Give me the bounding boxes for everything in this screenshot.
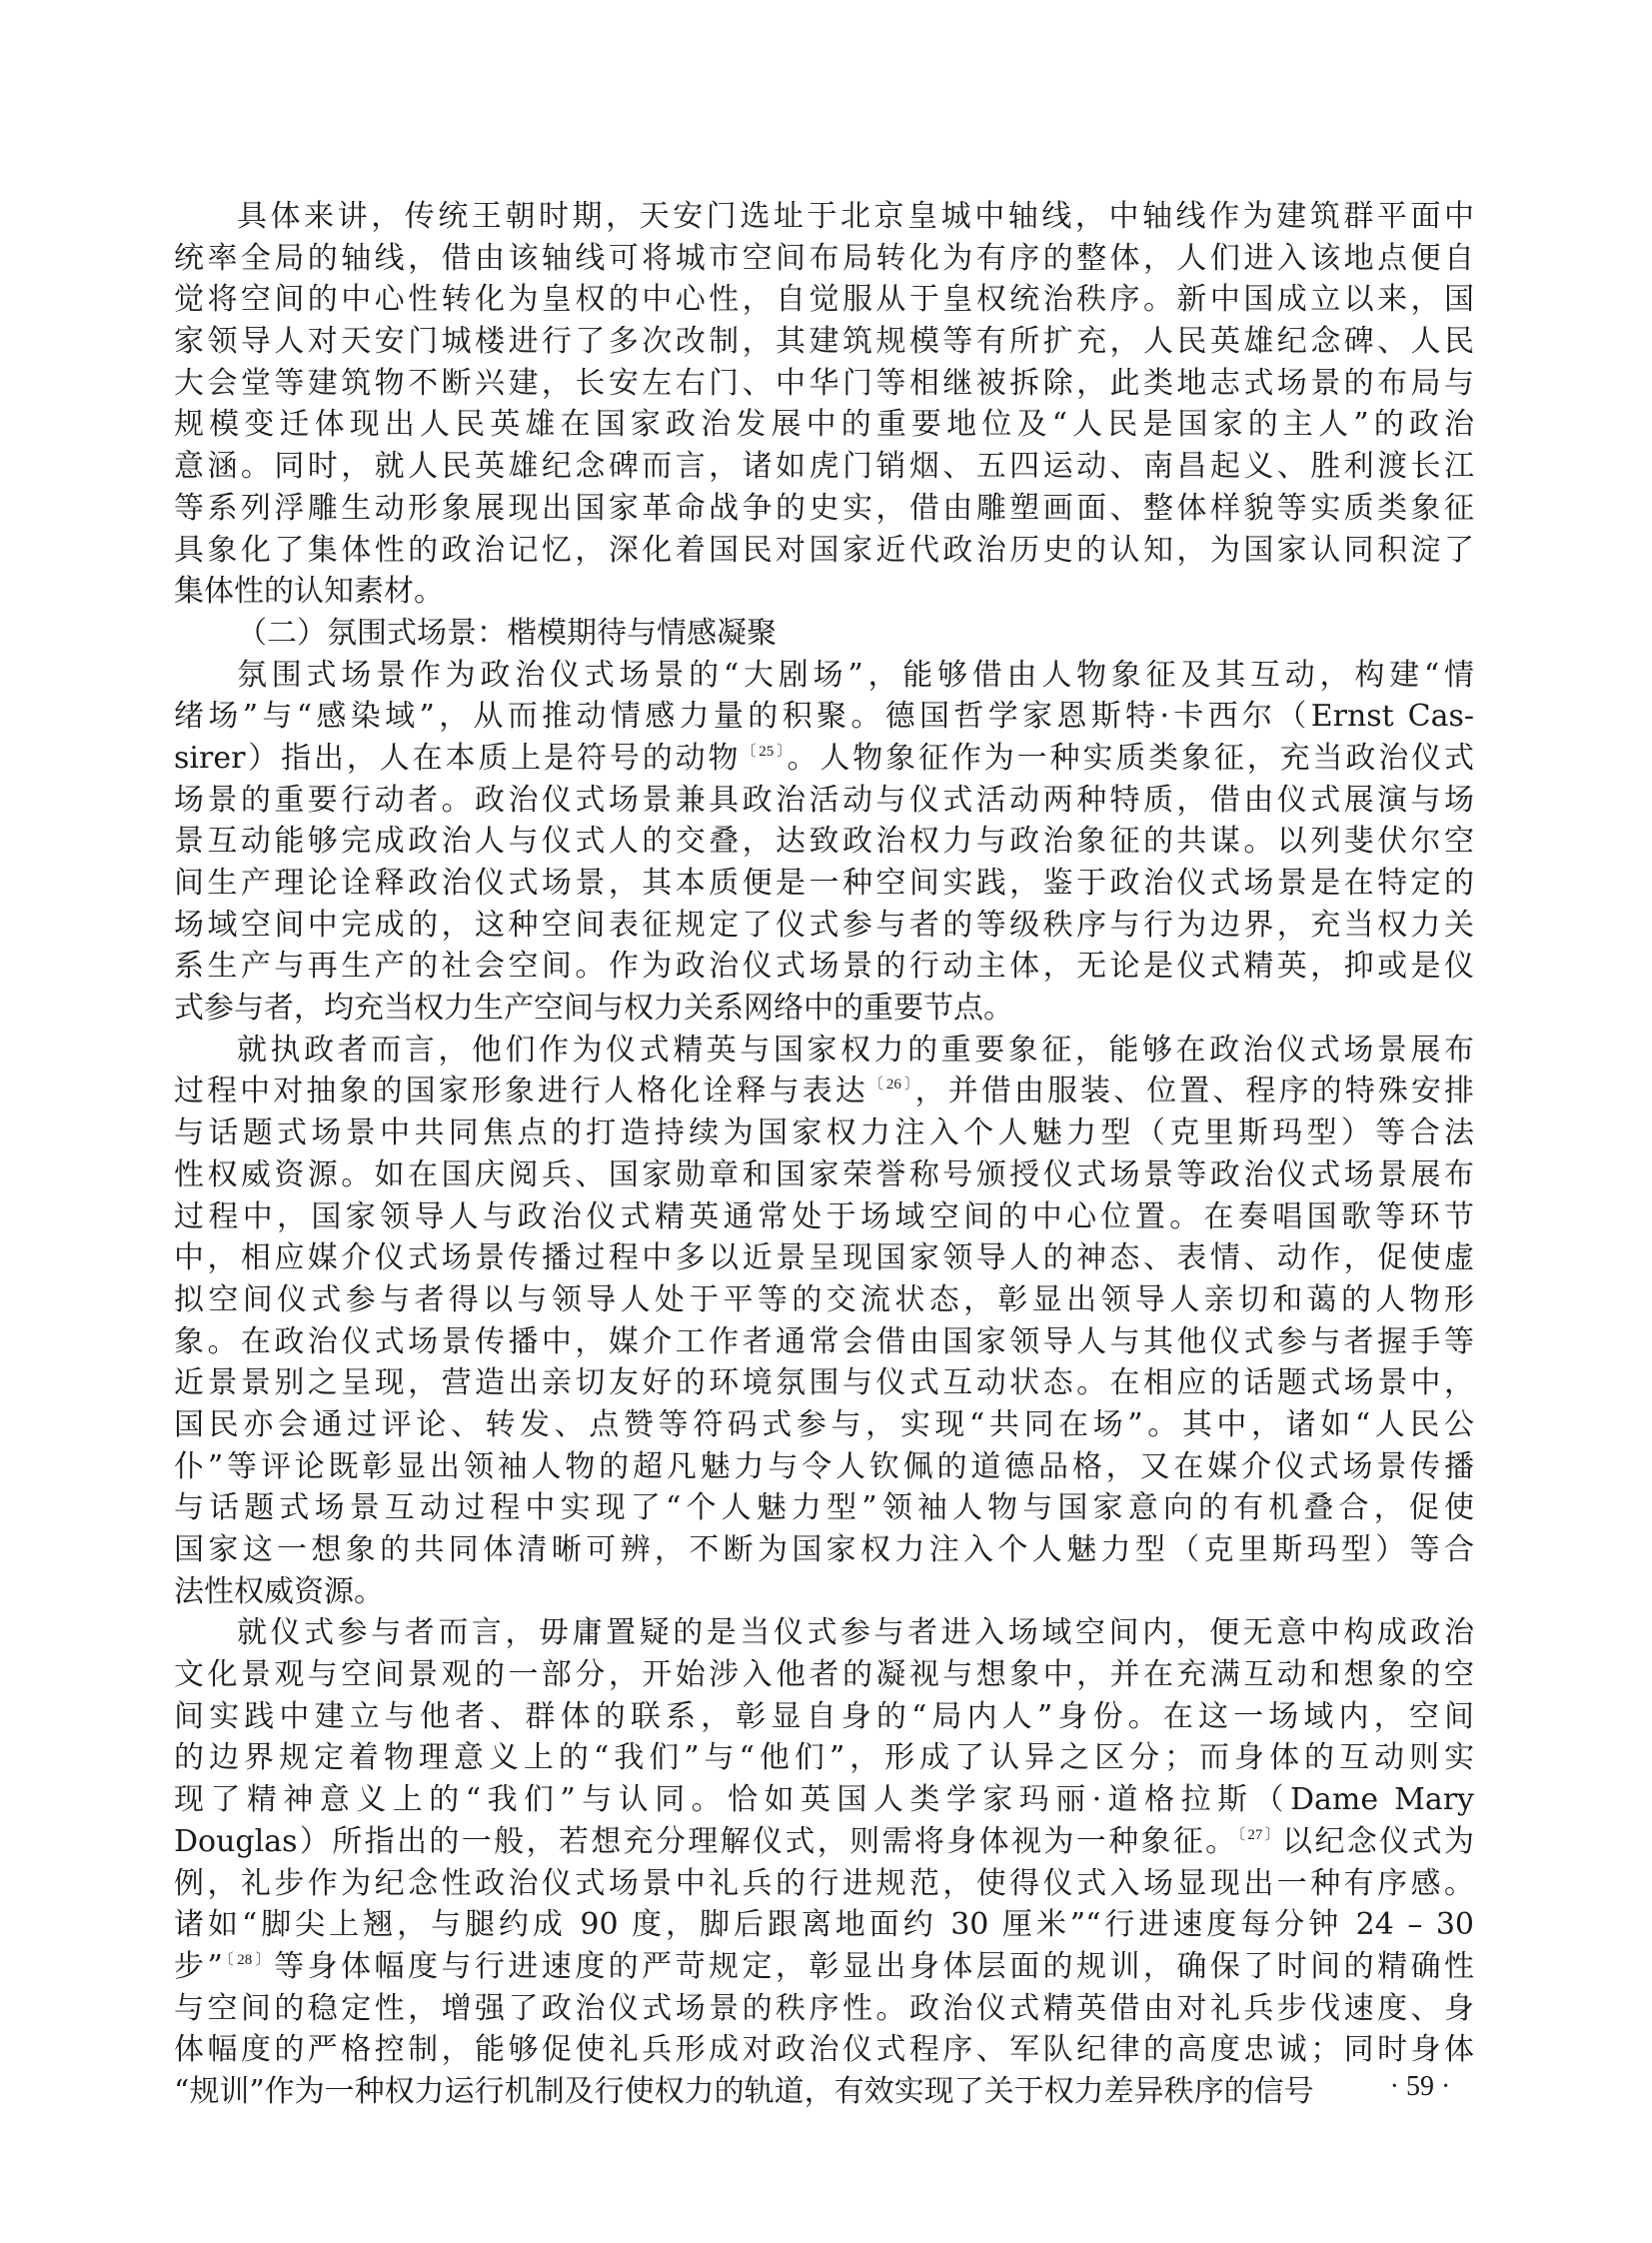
text-line: 意涵。同时，就人民英雄纪念碑而言，诸如虎门销烟、五四运动、南昌起义、胜利渡长江 [174, 446, 1474, 488]
citation-marker: 〔25〕 [741, 744, 787, 760]
text-line: 景互动能够完成政治人与仪式人的交叠，达致政治权力与政治象征的共谋。以列斐伏尔空 [174, 821, 1474, 863]
body-text: 具体来讲，传统王朝时期，天安门选址于北京皇城中轴线，中轴线作为建筑群平面中统率全… [174, 196, 1474, 2113]
text-line: 与空间的稳定性，增强了政治仪式场景的秩序性。政治仪式精英借由对礼兵步伐速度、身 [174, 1988, 1474, 2030]
text-line: 中，相应媒介仪式场景传播过程中多以近景呈现国家领导人的神态、表情、动作，促使虚 [174, 1237, 1474, 1279]
text-line: 就执政者而言，他们作为仪式精英与国家权力的重要象征，能够在政治仪式场景展布 [174, 1030, 1474, 1072]
text-line: 绪场”与“感染域”，从而推动情感力量的积聚。德国哲学家恩斯特·卡西尔（Ernst… [174, 696, 1474, 738]
text-line: 间实践中建立与他者、群体的联系，彰显自身的“局内人”身份。在这一场域内，空间 [174, 1696, 1474, 1738]
text-line: 象。在政治仪式场景传播中，媒介工作者通常会借由国家领导人与其他仪式参与者握手等 [174, 1321, 1474, 1363]
text-line: 体幅度的严格控制，能够促使礼兵形成对政治仪式程序、军队纪律的高度忠诚；同时身体 [174, 2029, 1474, 2071]
document-page: 具体来讲，传统王朝时期，天安门选址于北京皇城中轴线，中轴线作为建筑群平面中统率全… [0, 0, 1652, 2243]
text-line: 过程中，国家领导人与政治仪式精英通常处于场域空间的中心位置。在奏唱国歌等环节 [174, 1196, 1474, 1238]
text-line: Douglas）所指出的一般，若想充分理解仪式，则需将身体视为一种象征。〔27〕… [174, 1821, 1474, 1863]
text-line: 现了精神意义上的“我们”与认同。恰如英国人类学家玛丽·道格拉斯（Dame Mar… [174, 1779, 1474, 1821]
text-line: sirer）指出，人在本质上是符号的动物〔25〕。人物象征作为一种实质类象征，充… [174, 738, 1474, 780]
text-line: 等系列浮雕生动形象展现出国家革命战争的史实，借由雕塑画面、整体样貌等实质类象征 [174, 488, 1474, 530]
paragraph: 氛围式场景作为政治仪式场景的“大剧场”，能够借由人物象征及其互动，构建“情绪场”… [174, 655, 1474, 1030]
text-line: （二）氛围式场景：楷模期待与情感凝聚 [174, 613, 1474, 655]
text-line: 氛围式场景作为政治仪式场景的“大剧场”，能够借由人物象征及其互动，构建“情 [174, 655, 1474, 697]
text-line: 场域空间中完成的，这种空间表征规定了仪式参与者的等级秩序与行为边界，充当权力关 [174, 905, 1474, 947]
text-line: 间生产理论诠释政治仪式场景，其本质便是一种空间实践，鉴于政治仪式场景是在特定的 [174, 863, 1474, 905]
text-line: 式参与者，均充当权力生产空间与权力关系网络中的重要节点。 [174, 988, 1474, 1030]
paragraph: 具体来讲，传统王朝时期，天安门选址于北京皇城中轴线，中轴线作为建筑群平面中统率全… [174, 196, 1474, 613]
text-line: 与话题式场景中共同焦点的打造持续为国家权力注入个人魅力型（克里斯玛型）等合法 [174, 1113, 1474, 1154]
text-line: 具体来讲，传统王朝时期，天安门选址于北京皇城中轴线，中轴线作为建筑群平面中 [174, 196, 1474, 238]
text-line: 文化景观与空间景观的一部分，开始涉入他者的凝视与想象中，并在充满互动和想象的空 [174, 1654, 1474, 1696]
text-line: 系生产与再生产的社会空间。作为政治仪式场景的行动主体，无论是仪式精英，抑或是仪 [174, 946, 1474, 988]
text-line: 拟空间仪式参与者得以与领导人处于平等的交流状态，彰显出领导人亲切和蔼的人物形 [174, 1279, 1474, 1321]
text-line: 近景景别之呈现，营造出亲切友好的环境氛围与仪式互动状态。在相应的话题式场景中， [174, 1362, 1474, 1404]
text-line: 场景的重要行动者。政治仪式场景兼具政治活动与仪式活动两种特质，借由仪式展演与场 [174, 780, 1474, 822]
paragraph: 就仪式参与者而言，毋庸置疑的是当仪式参与者进入场域空间内，便无意中构成政治文化景… [174, 1612, 1474, 2112]
text-line: 与话题式场景互动过程中实现了“个人魅力型”领袖人物与国家意向的有机叠合，促使 [174, 1487, 1474, 1529]
text-line: 法性权威资源。 [174, 1571, 1474, 1613]
text-line: 例，礼步作为纪念性政治仪式场景中礼兵的行进规范，使得仪式入场显现出一种有序感。 [174, 1863, 1474, 1905]
paragraph: 就执政者而言，他们作为仪式精英与国家权力的重要象征，能够在政治仪式场景展布过程中… [174, 1030, 1474, 1613]
text-line: 家领导人对天安门城楼进行了多次改制，其建筑规模等有所扩充，人民英雄纪念碑、人民 [174, 321, 1474, 363]
text-line: 大会堂等建筑物不断兴建，长安左右门、中华门等相继被拆除，此类地志式场景的布局与 [174, 363, 1474, 405]
text-line: 诸如“脚尖上翘，与腿约成 90 度，脚后跟离地面约 30 厘米”“行进速度每分钟… [174, 1904, 1474, 1946]
text-line: 规模变迁体现出人民英雄在国家政治发展中的重要地位及“人民是国家的主人”的政治 [174, 404, 1474, 446]
section-heading: （二）氛围式场景：楷模期待与情感凝聚 [174, 613, 1474, 655]
citation-marker: 〔26〕 [868, 1077, 915, 1093]
text-line: 集体性的认知素材。 [174, 571, 1474, 613]
text-line: 国民亦会通过评论、转发、点赞等符码式参与，实现“共同在场”。其中，诸如“人民公 [174, 1404, 1474, 1446]
text-line: 的边界规定着物理意义上的“我们”与“他们”，形成了认异之区分；而身体的互动则实 [174, 1737, 1474, 1779]
text-line: 性权威资源。如在国庆阅兵、国家勋章和国家荣誉称号颁授仪式场景等政治仪式场景展布 [174, 1154, 1474, 1196]
text-line: 仆”等评论既彰显出领袖人物的超凡魅力与令人钦佩的道德品格，又在媒介仪式场景传播 [174, 1446, 1474, 1488]
page-number: · 59 · [1385, 2071, 1455, 2103]
citation-marker: 〔27〕 [1238, 1827, 1283, 1843]
citation-marker: 〔28〕 [223, 1952, 274, 1968]
text-line: 觉将空间的中心性转化为皇权的中心性，自觉服从于皇权统治秩序。新中国成立以来，国 [174, 279, 1474, 321]
text-line: 过程中对抽象的国家形象进行人格化诠释与表达〔26〕，并借由服装、位置、程序的特殊… [174, 1071, 1474, 1113]
text-line: 就仪式参与者而言，毋庸置疑的是当仪式参与者进入场域空间内，便无意中构成政治 [174, 1612, 1474, 1654]
text-line: “规训”作为一种权力运行机制及行使权力的轨道，有效实现了关于权力差异秩序的信号 [174, 2071, 1474, 2113]
text-line: 统率全局的轴线，借由该轴线可将城市空间布局转化为有序的整体，人们进入该地点便自 [174, 238, 1474, 280]
text-line: 具象化了集体性的政治记忆，深化着国民对国家近代政治历史的认知，为国家认同积淀了 [174, 530, 1474, 572]
text-line: 国家这一想象的共同体清晰可辨，不断为国家权力注入个人魅力型（克里斯玛型）等合 [174, 1529, 1474, 1571]
text-line: 步”〔28〕等身体幅度与行进速度的严苛规定，彰显出身体层面的规训，确保了时间的精… [174, 1946, 1474, 1988]
